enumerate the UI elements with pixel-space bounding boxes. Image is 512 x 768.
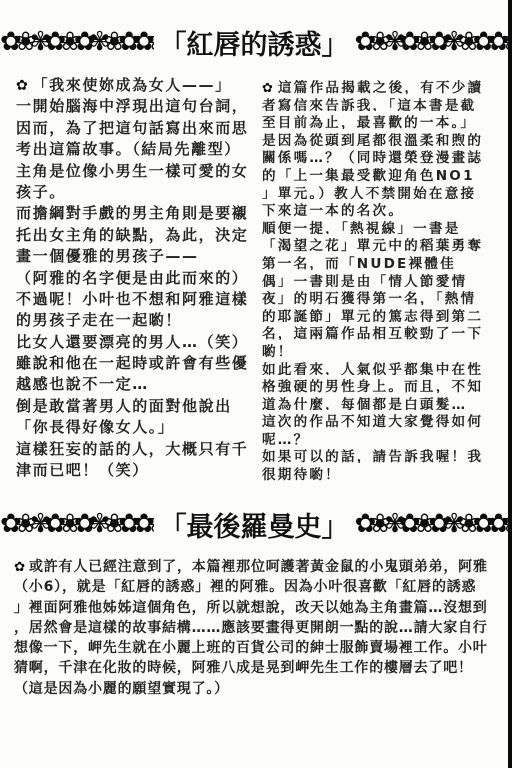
section1-title: 「紅唇的誘惑」	[160, 23, 349, 62]
manga-afterword-page: ✿❀✾✿❀✿✾❀✿✿❀✾✿❀✿✾❀✿ 「紅唇的誘惑」 ✿❀✾✿❀✿✾❀✿✿❀✾✿…	[0, 0, 512, 768]
text-line: 如果可以的話，請告訴我喔！我	[262, 445, 506, 463]
section1-right-column: ✿ 這篇作品揭載之後，有不少讀 者寫信來告訴我，「這本書是截至目前為止，最喜歡的…	[262, 76, 506, 481]
text-line: 雖說和他在一起時或許會有些優	[16, 352, 260, 373]
text-line: （小6），就是「紅唇的誘惑」裡的阿雅。因為小叶很喜歡「紅唇的誘惑	[14, 576, 506, 596]
text-line: 想像一下，岬先生就在小麗上班的百貨公司的紳士服飾賣場裡工作。小叶	[14, 637, 506, 657]
text-line: 而擔綱對手戲的男主角則是要襯	[16, 202, 260, 223]
text-line: 猜啊，千津在化妝的時候，阿雅八成是晃到岬先生工作的樓層去了吧！	[14, 657, 506, 677]
text-line: 的耶誕節」單元的篤志得到第二	[262, 305, 506, 323]
text-line: 關係嗎…？（同時還榮登漫畫誌	[262, 146, 506, 164]
text-line: 至目前為止，最喜歡的一本。」	[262, 111, 506, 129]
text-line: 者寫信來告訴我，「這本書是截	[262, 94, 506, 112]
paragraph-lines: （小6），就是「紅唇的誘惑」裡的阿雅。因為小叶很喜歡「紅唇的誘惑」裡面阿雅他姊姊…	[14, 576, 506, 698]
text-line: 」裡面阿雅他姊姊這個角色，所以就想說，改天以她為主角畫篇…沒想到	[14, 597, 506, 617]
section2-header: ✿❀✾✿❀✿✾❀✿✿❀✾✿❀✿✾❀✿ 「最後羅曼史」 ✿❀✾✿❀✿✾❀✿✿❀✾✿…	[0, 498, 508, 550]
flower-garland-icon: ✿❀✾✿❀✿✾❀✿✿❀✾✿❀✿✾❀✿	[355, 498, 509, 550]
text-line: 越感也說不一定…	[16, 373, 260, 394]
flower-bullet-icon: ✿	[16, 78, 30, 94]
section1-header: ✿❀✾✿❀✿✾❀✿✿❀✾✿❀✿✾❀✿ 「紅唇的誘惑」 ✿❀✾✿❀✿✾❀✿✿❀✾✿…	[0, 16, 508, 68]
text-line: 夜」的明石獲得第一名，「熱情	[262, 287, 506, 305]
text-line: 「你長得好像女人。」	[16, 416, 260, 437]
text-line: 津而已吧！（笑）	[16, 459, 260, 480]
flower-bullet-icon: ✿	[14, 560, 26, 575]
text-line: 畫一個優雅的男孩子——	[16, 245, 260, 266]
text-line: 的「上一集最受歡迎角色NO1	[262, 164, 506, 182]
text-line: 呢…？	[262, 428, 506, 446]
text-line: （阿雅的名字便是由此而來的）	[16, 267, 260, 288]
text-line: 偶」一書則是由「情人節愛情	[262, 270, 506, 288]
flower-bullet-icon: ✿	[262, 81, 275, 94]
left-column-lines: 一開始腦海中浮現出這句台詞，因而，為了把這句話寫出來而思考出這篇故事。（結局先離…	[16, 95, 260, 480]
text-line: 格強硬的男性身上。而且，不知	[262, 375, 506, 393]
first-line-text: 這篇作品揭載之後，有不少讀	[278, 76, 483, 94]
text-line: 比女人還要漂亮的男人…（笑）	[16, 331, 260, 352]
section1-left-column: ✿ 「我來使妳成為女人——」 一開始腦海中浮現出這句台詞，因而，為了把這句話寫出…	[16, 74, 260, 480]
text-line: 不過呢！小叶也不想和阿雅這樣	[16, 288, 260, 309]
text-line: ✿ 或許有人已經注意到了，本篇裡那位呵護著黃金鼠的小鬼頭弟弟，阿雅	[14, 556, 506, 576]
text-line: 主角是位像小男生一樣可愛的女	[16, 160, 260, 181]
text-line: 喲！	[262, 340, 506, 358]
right-column-lines: 者寫信來告訴我，「這本書是截至目前為止，最喜歡的一本。」是因為從頭到尾都很溫柔和…	[262, 94, 506, 481]
flower-garland-icon: ✿❀✾✿❀✿✾❀✿✿❀✾✿❀✿✾❀✿	[0, 498, 154, 550]
section2-paragraph: ✿ 或許有人已經注意到了，本篇裡那位呵護著黃金鼠的小鬼頭弟弟，阿雅 （小6），就…	[14, 556, 506, 698]
text-line: 名，這兩篇作品相互較勁了一下	[262, 322, 506, 340]
text-line: 的男孩子走在一起喲！	[16, 309, 260, 330]
section2-title: 「最後羅曼史」	[160, 505, 349, 544]
text-line: ✿ 「我來使妳成為女人——」	[16, 74, 260, 95]
text-line: 孩子。	[16, 181, 260, 202]
flower-garland-icon: ✿❀✾✿❀✿✾❀✿✿❀✾✿❀✿✾❀✿	[355, 16, 509, 68]
flower-garland-icon: ✿❀✾✿❀✿✾❀✿✿❀✾✿❀✿✾❀✿	[0, 16, 154, 68]
text-line: 道為什麼，每個都是白頭髮…	[262, 393, 506, 411]
text-line: 考出這篇故事。（結局先離型）	[16, 138, 260, 159]
first-line-text: 「我來使妳成為女人——」	[33, 74, 232, 95]
text-line: 「渴望之花」單元中的稻葉勇奪	[262, 234, 506, 252]
page-gutter-line	[508, 0, 512, 768]
text-line: （這是因為小麗的願望實現了。）	[14, 678, 506, 698]
text-line: 一開始腦海中浮現出這句台詞，	[16, 95, 260, 116]
text-line: 是因為從頭到尾都很溫柔和煦的	[262, 129, 506, 147]
text-line: 下來這一本的名次。	[262, 199, 506, 217]
text-line: 」單元。）教人不禁開始在意接	[262, 182, 506, 200]
text-line: 這樣狂妄的話的人，大概只有千	[16, 438, 260, 459]
text-line: ✿ 這篇作品揭載之後，有不少讀	[262, 76, 506, 94]
text-line: 順便一提，「熱視線」一書是	[262, 217, 506, 235]
text-line: 如此看來，人氣似乎都集中在性	[262, 358, 506, 376]
text-line: 第一名，而「NUDE裸體佳	[262, 252, 506, 270]
text-line: 很期待喲！	[262, 463, 506, 481]
text-line: ，居然會是這樣的故事結構……應該要畫得更開朗一點的說…請大家自行	[14, 617, 506, 637]
text-line: 這次的作品不知道大家覺得如何	[262, 410, 506, 428]
text-line: 因而，為了把這句話寫出來而思	[16, 117, 260, 138]
text-line: 托出女主角的缺點，為此，決定	[16, 224, 260, 245]
text-line: 倒是敢當著男人的面對他說出	[16, 395, 260, 416]
first-line-text: 或許有人已經注意到了，本篇裡那位呵護著黃金鼠的小鬼頭弟弟，阿雅	[29, 556, 488, 576]
